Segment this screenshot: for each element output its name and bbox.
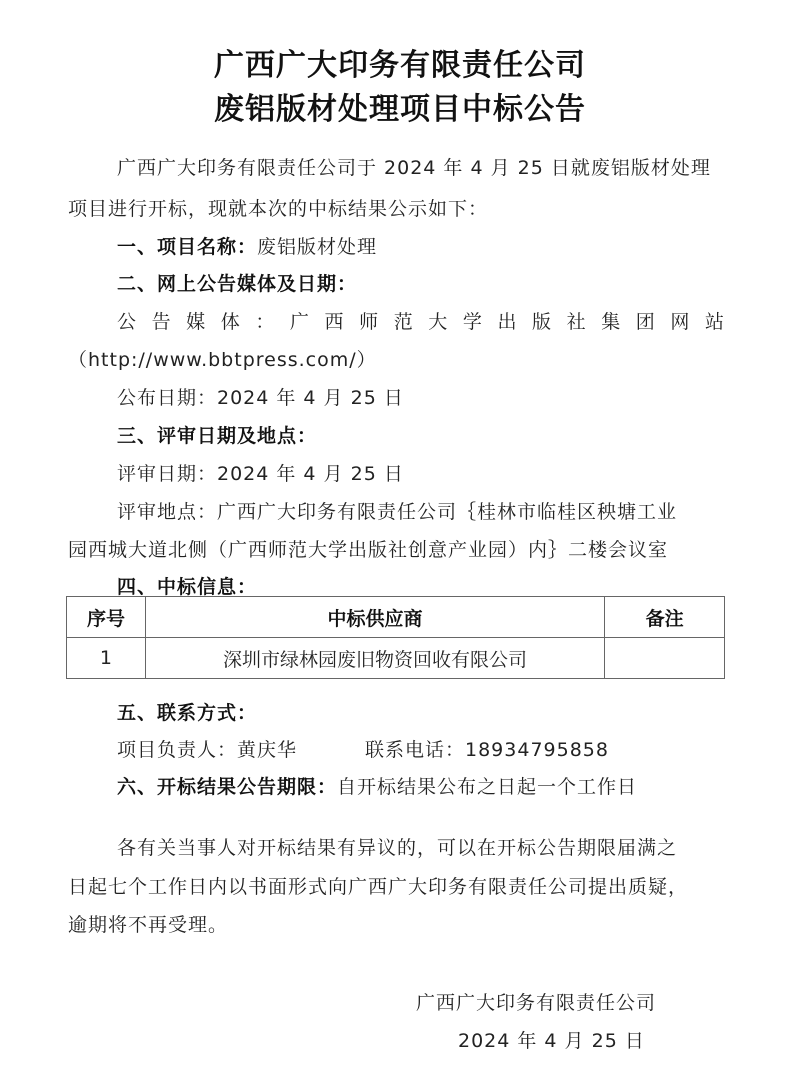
section-winning-heading: 四、中标信息： (117, 572, 257, 599)
review-date: 评审日期：2024 年 4 月 25 日 (117, 459, 404, 486)
review-location-line-2: 园西城大道北侧（广西师范大学出版社创意产业园）内｝二楼会议室 (68, 535, 668, 562)
media-url: （http://www.bbtpress.com/） (68, 345, 377, 372)
section-project-name: 一、项目名称：废铝版材处理 (117, 232, 377, 259)
winning-bid-table: 序号 中标供应商 备注 1 深圳市绿林园废旧物资回收有限公司 (66, 596, 725, 679)
closing-line-1: 各有关当事人对开标结果有异议的，可以在开标公告期限届满之 (117, 833, 677, 860)
section-review-heading: 三、评审日期及地点： (117, 421, 317, 448)
signature-date: 2024 年 4 月 25 日 (458, 1026, 645, 1053)
project-name-value: 废铝版材处理 (257, 236, 377, 258)
section-period: 六、开标结果公告期限：自开标结果公布之日起一个工作日 (117, 772, 637, 799)
cell-index: 1 (67, 638, 146, 679)
period-value: 自开标结果公布之日起一个工作日 (337, 776, 637, 798)
cell-remarks (605, 638, 725, 679)
section-contact-heading: 五、联系方式： (117, 698, 257, 725)
header-remarks: 备注 (605, 597, 725, 638)
intro-line-2: 项目进行开标，现就本次的中标结果公示如下： (68, 194, 488, 221)
publish-date: 公布日期：2024 年 4 月 25 日 (117, 383, 404, 410)
review-location-line-1: 评审地点：广西广大印务有限责任公司｛桂林市临桂区秧塘工业 (117, 497, 677, 524)
signature-company: 广西广大印务有限责任公司 (416, 988, 656, 1015)
table-row: 1 深圳市绿林园废旧物资回收有限公司 (67, 638, 725, 679)
section-label: 六、开标结果公告期限： (117, 776, 337, 798)
title-company: 广西广大印务有限责任公司 (0, 40, 800, 84)
cell-supplier: 深圳市绿林园废旧物资回收有限公司 (145, 638, 604, 679)
header-index: 序号 (67, 597, 146, 638)
header-supplier: 中标供应商 (145, 597, 604, 638)
media-line-1: 公告媒体：广西师范大学出版社集团网站 (117, 307, 725, 334)
closing-line-3: 逾期将不再受理。 (68, 910, 228, 937)
contact-phone: 联系电话：18934795858 (365, 735, 609, 762)
contact-person: 项目负责人：黄庆华 (117, 735, 297, 762)
table-header-row: 序号 中标供应商 备注 (67, 597, 725, 638)
intro-line-1: 广西广大印务有限责任公司于 2024 年 4 月 25 日就废铝版材处理 (117, 153, 711, 180)
closing-line-2: 日起七个工作日内以书面形式向广西广大印务有限责任公司提出质疑， (68, 872, 688, 899)
section-media-heading: 二、网上公告媒体及日期： (117, 269, 357, 296)
title-subject: 废铝版材处理项目中标公告 (0, 84, 800, 128)
section-label: 一、项目名称： (117, 236, 257, 258)
